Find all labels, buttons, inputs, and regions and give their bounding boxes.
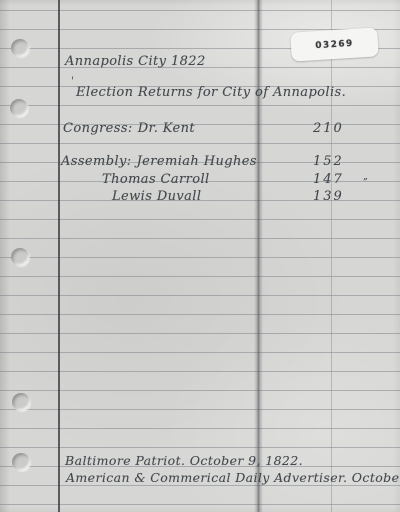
punch-hole-3 (11, 248, 29, 266)
office-label: Congress: (63, 121, 133, 136)
center-crease (254, 0, 263, 512)
punch-hole-2 (10, 99, 28, 117)
candidate-name: Dr. Kent (138, 121, 195, 136)
catalog-number: 03269 (315, 38, 354, 50)
scanned-notebook-page: 03269 Annapolis City 1822 ' Election Ret… (0, 0, 400, 512)
vote-count: 147 (313, 173, 353, 187)
vote-count: 139 (313, 190, 353, 204)
candidate-name: Thomas Carroll (102, 172, 210, 187)
office-label: Assembly: (61, 154, 132, 169)
entry-row-carroll: Thomas Carroll (102, 173, 210, 187)
punch-hole-1 (11, 39, 29, 57)
vote-count: 210 (313, 122, 353, 136)
candidate-name: Jeremiah Hughes (137, 154, 257, 169)
punch-hole-5 (12, 453, 30, 471)
margin-line (58, 0, 60, 512)
entry-row-duvall: Lewis Duvall (112, 190, 201, 204)
quote-tick: ' (71, 75, 74, 89)
candidate-name: Lewis Duvall (112, 189, 201, 204)
faint-crease (331, 0, 332, 512)
vote-count: 152 (313, 155, 353, 169)
page-subtitle: Election Returns for City of Annapolis. (76, 86, 346, 100)
punch-hole-4 (12, 393, 30, 411)
source-line-2: American & Commerical Daily Advertiser. … (66, 471, 400, 485)
source-line-1: Baltimore Patriot. October 9, 1822. (65, 454, 303, 468)
ditto-mark: ” (363, 176, 368, 190)
page-title: Annapolis City 1822 (65, 55, 206, 69)
entry-row-congress: Congress:Dr. Kent (63, 122, 195, 136)
catalog-label: 03269 (290, 27, 379, 61)
entry-row-assembly: Assembly:Jeremiah Hughes (61, 155, 257, 169)
